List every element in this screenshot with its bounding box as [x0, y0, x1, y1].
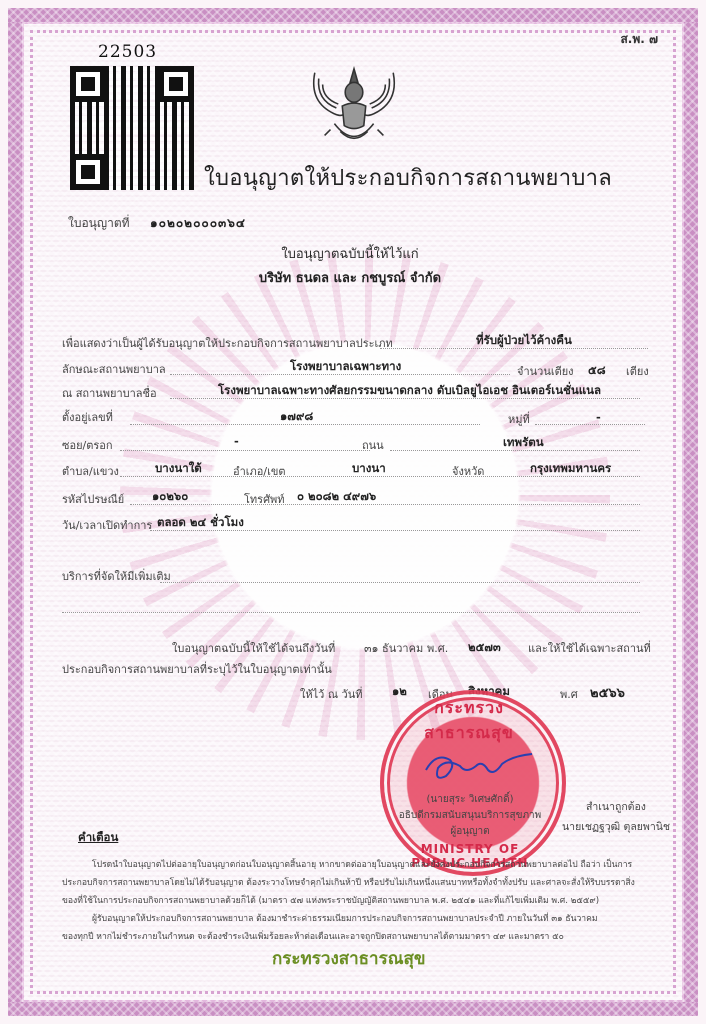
moo-value: - [596, 410, 601, 424]
serial-number: 22503 [98, 42, 157, 62]
road-label: ถนน [362, 436, 384, 454]
warning-line: โปรดนำใบอนุญาตไปต่ออายุใบอนุญาตก่อนใบอนุ… [92, 857, 632, 871]
moo-label: หมู่ที่ [508, 410, 530, 428]
phone-label: โทรศัพท์ [244, 490, 285, 508]
garuda-emblem-icon [305, 62, 403, 152]
signer-role: ผู้อนุญาต [400, 824, 540, 839]
validity-suffix: และให้ใช้ได้เฉพาะสถานที่ [528, 639, 651, 657]
type-label: เพื่อแสดงว่าเป็นผู้ได้รับอนุญาตให้ประกอบ… [62, 334, 393, 352]
qr-code-icon[interactable] [70, 66, 194, 190]
warning-line: ประกอบกิจการสถานพยาบาลโดยไม่ได้รับอนุญาต… [62, 875, 635, 889]
form-code: ส.พ. ๗ [620, 30, 658, 49]
validity-line2: ประกอบกิจการสถานพยาบาลที่ระบุไว้ในใบอนุญ… [62, 660, 332, 678]
subdistrict-label: ตำบล/แขวง [62, 462, 119, 480]
expiry-be-label: พ.ศ. [427, 639, 448, 657]
address-no-label: ตั้งอยู่เลขที่ [62, 408, 113, 426]
expiry-year: ๒๕๗๓ [468, 639, 501, 657]
postcode-label: รหัสไปรษณีย์ [62, 490, 124, 508]
beds-unit: เตียง [626, 362, 649, 380]
district-label: อำเภอ/เขต [233, 462, 286, 480]
license-certificate: ส.พ. ๗ 22503 ใบอนุญาตให้ประกอบกิจการสถาน… [0, 0, 706, 1024]
granted-to-label: ใบอนุญาตฉบับนี้ให้ไว้แก่ [200, 243, 500, 264]
soi-label: ซอย/ตรอก [62, 436, 113, 454]
certified-by: นายเชฏฐวุฒิ ตุลยพานิช [562, 818, 670, 835]
hours-label: วัน/เวลาเปิดทำการ [62, 516, 152, 534]
issued-be-label: พ.ศ [560, 685, 578, 703]
license-no-label: ใบอนุญาตที่ [68, 214, 130, 233]
certified-label: สำเนาถูกต้อง [586, 798, 646, 815]
warning-line: ของทุกปี หากไม่ชำระภายในกำหนด จะต้องชำระ… [62, 929, 564, 943]
signature-icon [416, 746, 536, 786]
hospital-name-label: ณ สถานพยาบาลชื่อ [62, 384, 157, 402]
signer-title: อธิบดีกรมสนับสนุนบริการสุขภาพ [390, 808, 550, 823]
nature-label: ลักษณะสถานพยาบาล [62, 360, 166, 378]
warning-line: ผู้รับอนุญาตให้ประกอบกิจการสถานพยาบาล ต้… [92, 911, 598, 925]
expiry-day-month: ๓๑ ธันวาคม [364, 639, 423, 657]
beds-value: ๕๘ [588, 362, 606, 380]
warning-line: ของที่ใช้ในการประกอบกิจการสถานพยาบาลด้วย… [62, 893, 599, 907]
license-no-value: ๑๐๒๐๒๐๐๐๓๖๔ [150, 214, 246, 233]
licensee-name: บริษัท ธนดล และ กชบูรณ์ จำกัด [200, 267, 500, 288]
validity-prefix: ใบอนุญาตฉบับนี้ให้ใช้ได้จนถึงวันที่ [172, 639, 335, 657]
warning-heading: คำเตือน [78, 829, 118, 847]
issued-year: ๒๕๖๖ [590, 682, 625, 703]
signer-name: (นายสุระ วิเศษศักดิ์) [400, 792, 540, 807]
services-label: บริการที่จัดให้มีเพิ่มเติม [62, 567, 171, 585]
beds-label: จำนวนเตียง [517, 362, 574, 380]
stamp-top-text: กระทรวงสาธารณสุข [392, 696, 546, 746]
soi-value: - [234, 434, 239, 448]
issued-label: ให้ไว้ ณ วันที่ [300, 685, 362, 703]
ministry-footer: กระทรวงสาธารณสุข [272, 945, 425, 972]
province-label: จังหวัด [452, 462, 484, 480]
certificate-title: ใบอนุญาตให้ประกอบกิจการสถานพยาบาล [204, 160, 612, 195]
